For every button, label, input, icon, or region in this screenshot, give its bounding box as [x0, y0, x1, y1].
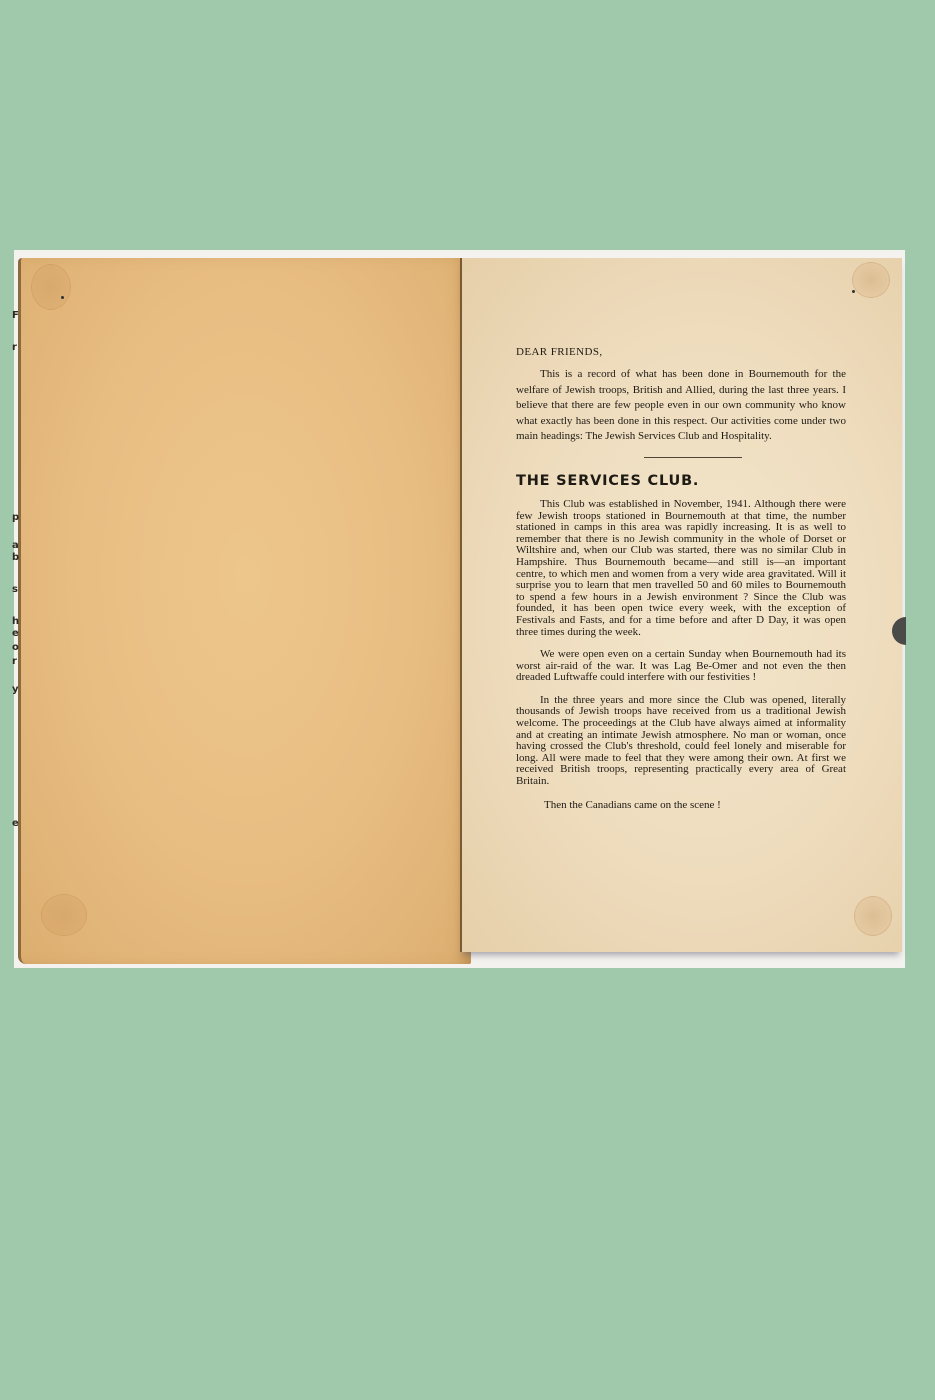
edge-letter: b — [12, 552, 19, 563]
body-paragraph: We were open even on a certain Sunday wh… — [516, 649, 846, 684]
stain — [852, 262, 890, 298]
edge-letter: r — [12, 656, 17, 667]
stain — [31, 264, 71, 310]
page-text: DEAR FRIENDS, This is a record of what h… — [516, 340, 846, 811]
stain — [854, 896, 892, 936]
edge-letter: a — [12, 540, 19, 551]
body-paragraph: This Club was established in November, 1… — [516, 499, 846, 638]
edge-letter: F — [12, 310, 19, 321]
edge-letter: y — [12, 684, 19, 695]
edge-letter: e — [12, 628, 19, 639]
body-paragraph: In the three years and more since the Cl… — [516, 695, 846, 788]
edge-letter: s — [12, 584, 18, 595]
staple-mark — [852, 290, 855, 293]
stain — [41, 894, 87, 936]
left-page — [18, 258, 471, 964]
divider — [644, 457, 742, 458]
edge-letter: e — [12, 818, 19, 829]
intro-paragraph: This is a record of what has been done i… — [516, 367, 846, 445]
staple-mark — [61, 296, 64, 299]
edge-letter: o — [12, 642, 19, 653]
salutation: DEAR FRIENDS, — [516, 346, 846, 358]
section-title: THE SERVICES CLUB. — [516, 473, 846, 489]
closing-line: Then the Canadians came on the scene ! — [516, 799, 846, 811]
edge-letter: r — [12, 342, 17, 353]
edge-letter: p — [12, 512, 19, 523]
edge-letter: h — [12, 616, 19, 627]
